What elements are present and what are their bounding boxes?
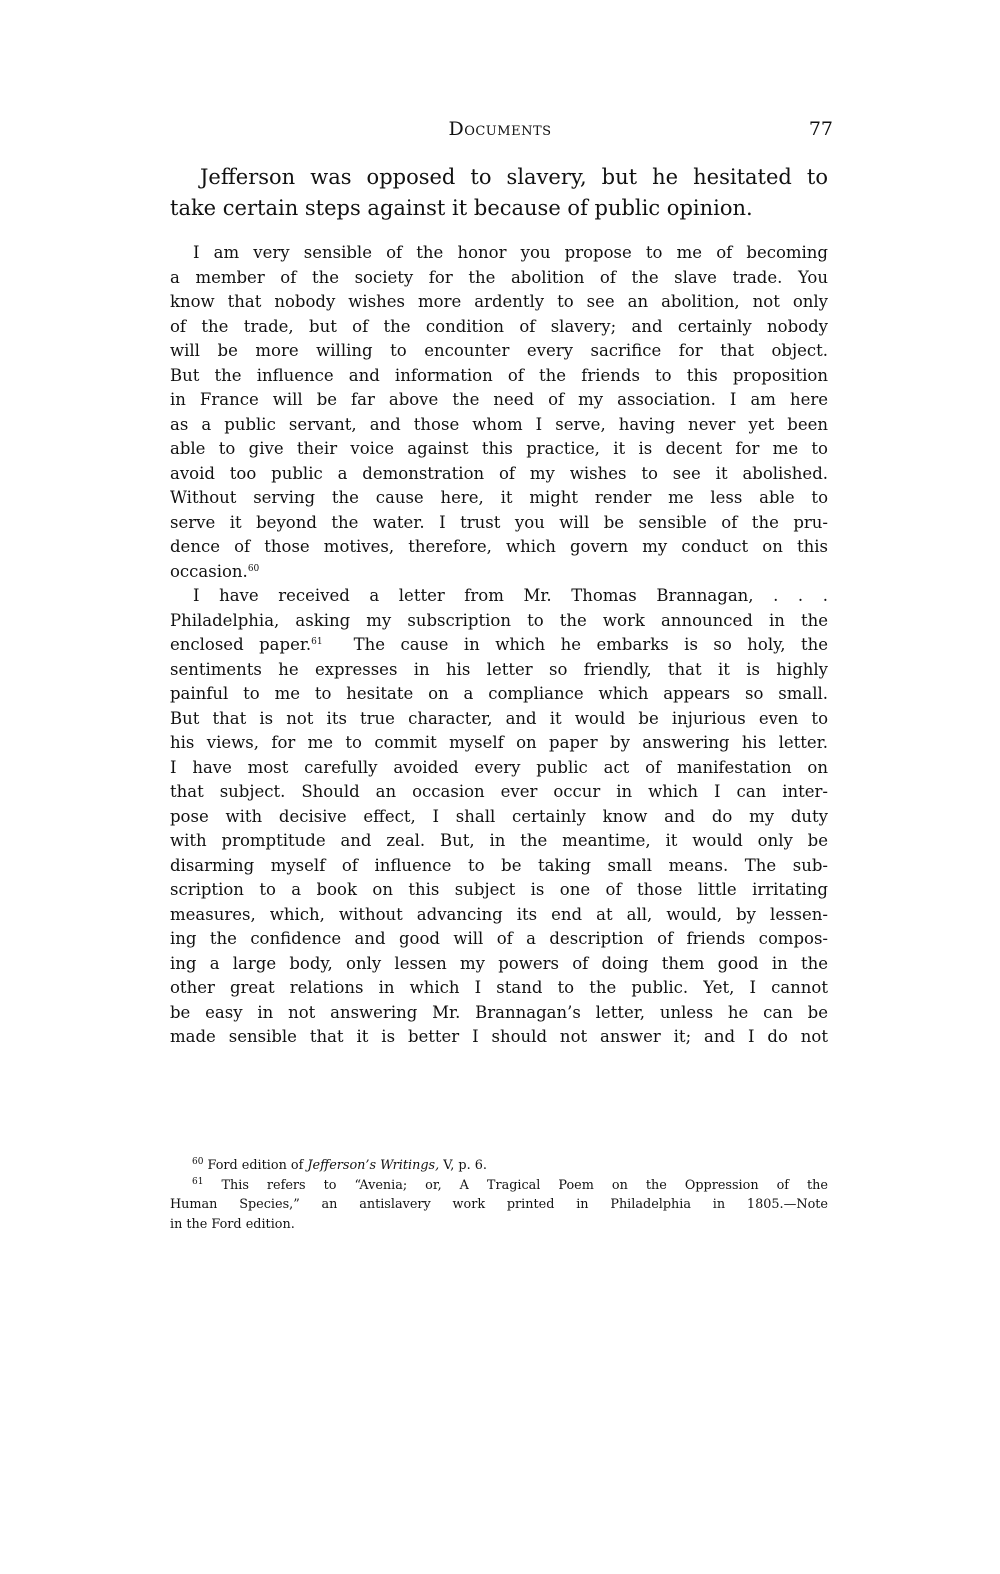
text-line: ing the confidence and good will of a de…	[170, 929, 828, 948]
footnote-ref-60[interactable]: 60	[248, 564, 259, 574]
line-text: enclosed paper.	[170, 635, 311, 654]
text-line: But that is not its true character, and …	[170, 709, 828, 728]
text-line: his views, for me to commit myself on pa…	[170, 733, 828, 752]
line-text: The cause in which he embarks is so holy…	[323, 635, 828, 654]
text-line: other great relations in which I stand t…	[170, 978, 828, 997]
footnote-text: V, p. 6.	[439, 1158, 487, 1173]
text-line: painful to me to hesitate on a complianc…	[170, 684, 828, 703]
footnote-text: This refers to “Avenia; or, A Tragical P…	[221, 1178, 828, 1193]
footnote-61-line: in the Ford edition.	[170, 1217, 828, 1232]
footnote-61: 61 This refers to “Avenia; or, A Tragica…	[192, 1177, 828, 1193]
text-line: measures, which, without advancing its e…	[170, 905, 828, 924]
text-line: as a public servant, and those whom I se…	[170, 415, 828, 434]
text-line: know that nobody wishes more ardently to…	[170, 292, 828, 311]
text-line: I have most carefully avoided every publ…	[170, 758, 828, 777]
text-line: serve it beyond the water. I trust you w…	[170, 513, 828, 532]
footnote-mark: 60	[192, 1157, 203, 1167]
text-line: will be more willing to encounter every …	[170, 341, 828, 360]
text-line: I am very sensible of the honor you prop…	[193, 243, 828, 262]
text-line: a member of the society for the abolitio…	[170, 268, 828, 287]
footnote-text: Ford edition of	[208, 1158, 308, 1173]
text-line: I have received a letter from Mr. Thomas…	[193, 586, 828, 605]
text-line: be easy in not answering Mr. Brannagan’s…	[170, 1003, 828, 1022]
text-line: that subject. Should an occasion ever oc…	[170, 782, 828, 801]
text-line: able to give their voice against this pr…	[170, 439, 828, 458]
text-line: dence of those motives, therefore, which…	[170, 537, 828, 556]
text-line: Philadelphia, asking my subscription to …	[170, 611, 828, 630]
text-line: enclosed paper.61 The cause in which he …	[170, 635, 828, 654]
text-line: disarming myself of influence to be taki…	[170, 856, 828, 875]
text-line: ing a large body, only lessen my powers …	[170, 954, 828, 973]
text-line: with promptitude and zeal. But, in the m…	[170, 831, 828, 850]
text-line: pose with decisive effect, I shall certa…	[170, 807, 828, 826]
text-line: made sensible that it is better I should…	[170, 1027, 828, 1046]
footnote-61-line: Human Species,” an antislavery work prin…	[170, 1197, 828, 1212]
intro-line: take certain steps against it because of…	[170, 196, 828, 220]
text-line: sentiments he expresses in his letter so…	[170, 660, 828, 679]
document-page: Documents 77 Jefferson was opposed to sl…	[0, 0, 1000, 1574]
text-line: scription to a book on this subject is o…	[170, 880, 828, 899]
line-text: occasion.	[170, 562, 248, 581]
text-line: in France will be far above the need of …	[170, 390, 828, 409]
text-line: But the influence and information of the…	[170, 366, 828, 385]
footnote-mark: 61	[192, 1177, 203, 1187]
footnote-italic-title: Jefferson’s Writings,	[307, 1158, 439, 1173]
text-line: avoid too public a demonstration of my w…	[170, 464, 828, 483]
footnote-60: 60 Ford edition of Jefferson’s Writings,…	[192, 1157, 850, 1173]
text-line: occasion.60	[170, 562, 828, 581]
text-line: Without serving the cause here, it might…	[170, 488, 828, 507]
intro-line: Jefferson was opposed to slavery, but he…	[200, 165, 828, 189]
page-number: 77	[809, 118, 833, 140]
footnote-ref-61[interactable]: 61	[311, 637, 322, 647]
running-header-title: Documents	[0, 118, 1000, 140]
text-line: of the trade, but of the condition of sl…	[170, 317, 828, 336]
